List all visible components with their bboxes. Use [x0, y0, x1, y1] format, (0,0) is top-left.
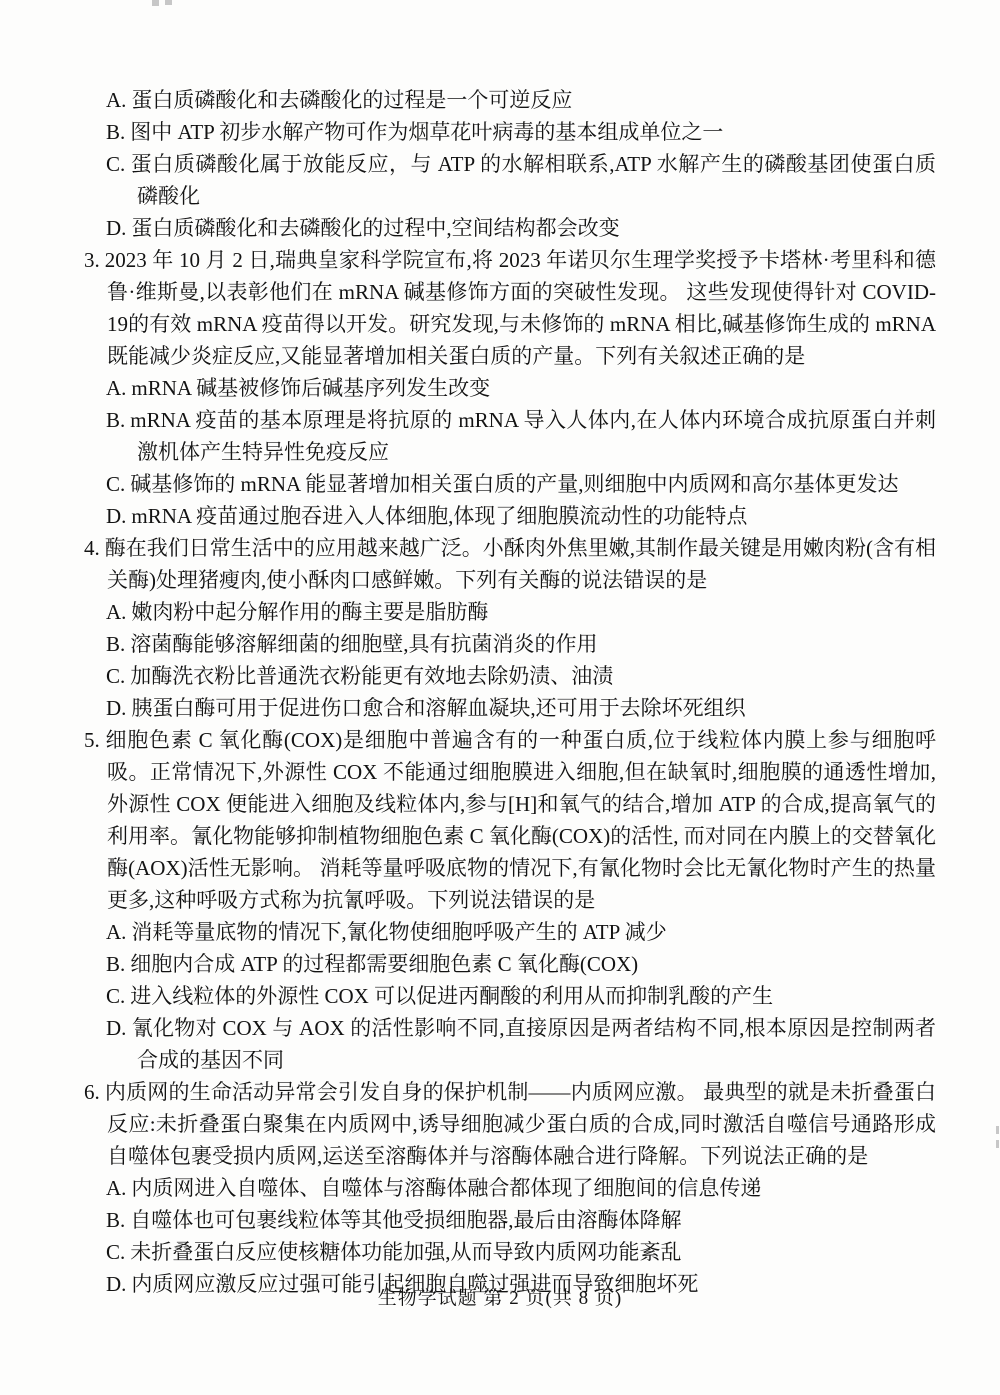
question-stem: 5.细胞色素 C 氧化酶(COX)是细胞中普遍含有的一种蛋白质,位于线粒体内膜上… — [84, 724, 936, 916]
option-text: 碱基修饰的 mRNA 能显著增加相关蛋白质的产量,则细胞中内质网和高尔基体更发达 — [130, 472, 898, 496]
option-text: 胰蛋白酶可用于促进伤口愈合和溶解血凝块,还可用于去除坏死组织 — [131, 696, 745, 720]
option-label: C. — [106, 1240, 125, 1264]
option-label: D. — [106, 696, 126, 720]
option-label: A. — [106, 920, 126, 944]
question-stem: 3.2023 年 10 月 2 日,瑞典皇家科学院宣布,将 2023 年诺贝尔生… — [84, 244, 936, 372]
option-c: C.进入线粒体的外源性 COX 可以促进丙酮酸的利用从而抑制乳酸的产生 — [106, 980, 936, 1012]
option-text: 自噬体也可包裹线粒体等其他受损细胞器,最后由溶酶体降解 — [130, 1208, 681, 1232]
option-label: B. — [106, 1208, 125, 1232]
option-label: B. — [106, 632, 125, 656]
option-d: D.mRNA 疫苗通过胞吞进入人体细胞,体现了细胞膜流动性的功能特点 — [106, 500, 936, 532]
question-number: 6. — [84, 1080, 100, 1104]
option-text: mRNA 疫苗的基本原理是将抗原的 mRNA 导入人体内,在人体内环境合成抗原蛋… — [130, 408, 936, 464]
question-stem-text: 酶在我们日常生活中的应用越来越广泛。小酥肉外焦里嫩,其制作最关键是用嫩肉粉(含有… — [105, 536, 936, 592]
exam-page: { "page": { "footer": "生物学试题 第 2 页(共 8 页… — [0, 0, 1000, 1395]
question-stem-text: 2023 年 10 月 2 日,瑞典皇家科学院宣布,将 2023 年诺贝尔生理学… — [105, 248, 936, 368]
option-label: A. — [106, 376, 126, 400]
option-text: 氰化物对 COX 与 AOX 的活性影响不同,直接原因是两者结构不同,根本原因是… — [131, 1016, 936, 1072]
question-number: 3. — [84, 248, 100, 272]
question-number: 5. — [84, 728, 100, 752]
option-c: C.加酶洗衣粉比普通洗衣粉能更有效地去除奶渍、油渍 — [106, 660, 936, 692]
option-text: 嫩肉粉中起分解作用的酶主要是脂肪酶 — [131, 600, 488, 624]
option-c: C.未折叠蛋白反应使核糖体功能加强,从而导致内质网功能紊乱 — [106, 1236, 936, 1268]
option-label: C. — [106, 984, 125, 1008]
option-text: 蛋白质磷酸化和去磷酸化的过程中,空间结构都会改变 — [131, 216, 619, 240]
option-text: 蛋白质磷酸化属于放能反应，与 ATP 的水解相联系,ATP 水解产生的磷酸基团使… — [130, 152, 936, 208]
option-label: B. — [106, 408, 125, 432]
scan-artifact — [996, 1140, 999, 1148]
option-a: A.蛋白质磷酸化和去磷酸化的过程是一个可逆反应 — [106, 84, 936, 116]
question-2-carryover-options: A.蛋白质磷酸化和去磷酸化的过程是一个可逆反应 B.图中 ATP 初步水解产物可… — [84, 84, 936, 244]
question-stem-text: 内质网的生命活动异常会引发自身的保护机制——内质网应激。 最典型的就是未折叠蛋白… — [105, 1080, 936, 1168]
option-text: 溶菌酶能够溶解细菌的细胞壁,具有抗菌消炎的作用 — [130, 632, 597, 656]
scan-artifact — [165, 0, 172, 5]
option-d: D.氰化物对 COX 与 AOX 的活性影响不同,直接原因是两者结构不同,根本原… — [106, 1012, 936, 1076]
question-stem-text: 细胞色素 C 氧化酶(COX)是细胞中普遍含有的一种蛋白质,位于线粒体内膜上参与… — [105, 728, 936, 912]
option-text: 未折叠蛋白反应使核糖体功能加强,从而导致内质网功能紊乱 — [130, 1240, 681, 1264]
option-b: B.自噬体也可包裹线粒体等其他受损细胞器,最后由溶酶体降解 — [106, 1204, 936, 1236]
option-b: B.细胞内合成 ATP 的过程都需要细胞色素 C 氧化酶(COX) — [106, 948, 936, 980]
option-label: C. — [106, 152, 125, 176]
option-d: D.蛋白质磷酸化和去磷酸化的过程中,空间结构都会改变 — [106, 212, 936, 244]
option-text: mRNA 疫苗通过胞吞进入人体细胞,体现了细胞膜流动性的功能特点 — [131, 504, 747, 528]
question-number: 4. — [84, 536, 100, 560]
page-footer: 生物学试题 第 2 页(共 8 页) — [0, 1284, 1000, 1314]
option-a: A.消耗等量底物的情况下,氰化物使细胞呼吸产生的 ATP 减少 — [106, 916, 936, 948]
option-text: mRNA 碱基被修饰后碱基序列发生改变 — [131, 376, 490, 400]
option-c: C.碱基修饰的 mRNA 能显著增加相关蛋白质的产量,则细胞中内质网和高尔基体更… — [106, 468, 936, 500]
option-b: B.图中 ATP 初步水解产物可作为烟草花叶病毒的基本组成单位之一 — [106, 116, 936, 148]
option-label: B. — [106, 952, 125, 976]
option-label: C. — [106, 472, 125, 496]
option-label: A. — [106, 88, 126, 112]
option-text: 进入线粒体的外源性 COX 可以促进丙酮酸的利用从而抑制乳酸的产生 — [130, 984, 773, 1008]
option-d: D.胰蛋白酶可用于促进伤口愈合和溶解血凝块,还可用于去除坏死组织 — [106, 692, 936, 724]
scan-artifact — [996, 1126, 999, 1134]
option-text: 图中 ATP 初步水解产物可作为烟草花叶病毒的基本组成单位之一 — [130, 120, 723, 144]
option-label: C. — [106, 664, 125, 688]
question-stem: 4.酶在我们日常生活中的应用越来越广泛。小酥肉外焦里嫩,其制作最关键是用嫩肉粉(… — [84, 532, 936, 596]
option-b: B.mRNA 疫苗的基本原理是将抗原的 mRNA 导入人体内,在人体内环境合成抗… — [106, 404, 936, 468]
option-text: 细胞内合成 ATP 的过程都需要细胞色素 C 氧化酶(COX) — [130, 952, 638, 976]
option-label: D. — [106, 504, 126, 528]
option-a: A.mRNA 碱基被修饰后碱基序列发生改变 — [106, 372, 936, 404]
question-4: 4.酶在我们日常生活中的应用越来越广泛。小酥肉外焦里嫩,其制作最关键是用嫩肉粉(… — [84, 532, 936, 724]
option-label: A. — [106, 600, 126, 624]
option-label: B. — [106, 120, 125, 144]
question-6: 6.内质网的生命活动异常会引发自身的保护机制——内质网应激。 最典型的就是未折叠… — [84, 1076, 936, 1300]
option-label: A. — [106, 1176, 126, 1200]
option-text: 加酶洗衣粉比普通洗衣粉能更有效地去除奶渍、油渍 — [130, 664, 613, 688]
option-text: 蛋白质磷酸化和去磷酸化的过程是一个可逆反应 — [131, 88, 572, 112]
option-label: D. — [106, 216, 126, 240]
question-5: 5.细胞色素 C 氧化酶(COX)是细胞中普遍含有的一种蛋白质,位于线粒体内膜上… — [84, 724, 936, 1076]
option-text: 消耗等量底物的情况下,氰化物使细胞呼吸产生的 ATP 减少 — [131, 920, 666, 944]
option-a: A.嫩肉粉中起分解作用的酶主要是脂肪酶 — [106, 596, 936, 628]
option-text: 内质网进入自噬体、自噬体与溶酶体融合都体现了细胞间的信息传递 — [131, 1176, 761, 1200]
option-c: C.蛋白质磷酸化属于放能反应，与 ATP 的水解相联系,ATP 水解产生的磷酸基… — [106, 148, 936, 212]
option-label: D. — [106, 1016, 126, 1040]
scan-artifact — [152, 0, 159, 6]
question-3: 3.2023 年 10 月 2 日,瑞典皇家科学院宣布,将 2023 年诺贝尔生… — [84, 244, 936, 532]
option-a: A.内质网进入自噬体、自噬体与溶酶体融合都体现了细胞间的信息传递 — [106, 1172, 936, 1204]
option-b: B.溶菌酶能够溶解细菌的细胞壁,具有抗菌消炎的作用 — [106, 628, 936, 660]
question-stem: 6.内质网的生命活动异常会引发自身的保护机制——内质网应激。 最典型的就是未折叠… — [84, 1076, 936, 1172]
